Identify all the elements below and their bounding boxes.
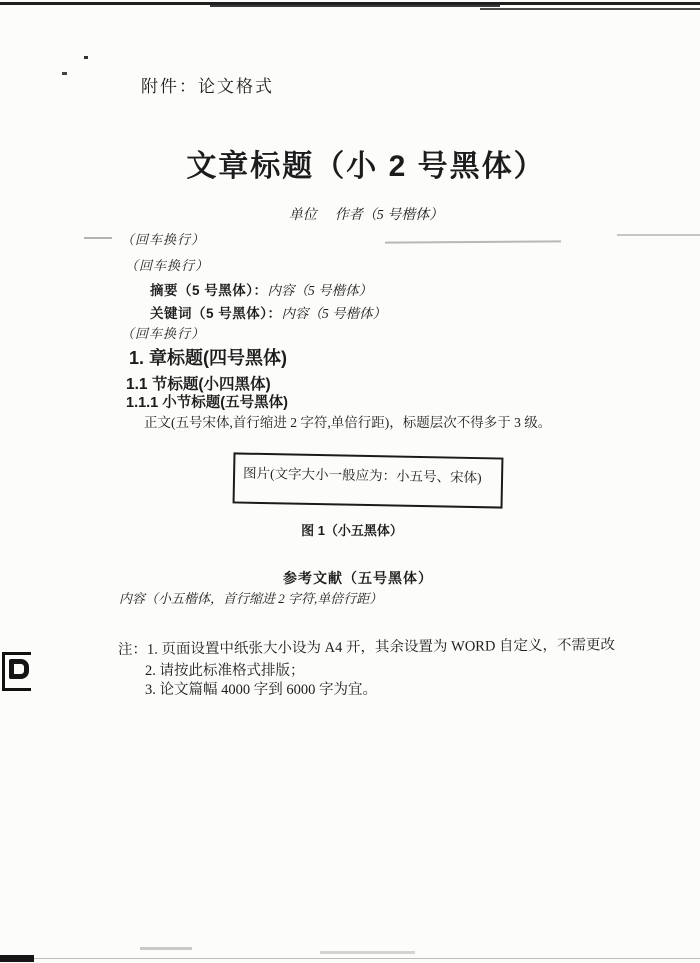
scan-smudge xyxy=(320,951,415,954)
body-text: 正文(五号宋体,首行缩进 2 字符,单倍行距)，标题层次不得多于 3 级。 xyxy=(144,411,551,431)
abstract-content: 内容（5 号楷体） xyxy=(268,283,373,298)
linebreak-marker: （回车换行） xyxy=(125,255,209,274)
article-title: 文章标题（小 2 号黑体） xyxy=(66,141,666,185)
note-item: 3. 论文篇幅 4000 字到 6000 字为宜。 xyxy=(145,678,377,699)
scan-smudge xyxy=(140,947,192,950)
chapter-heading: 1. 章标题(四号黑体) xyxy=(129,344,287,370)
abstract-label: 摘要（5 号黑体）： xyxy=(150,283,268,298)
figure-caption: 图 1（小五黑体） xyxy=(52,520,652,539)
subsection-heading: 1.1.1 小节标题(五号黑体) xyxy=(126,391,288,412)
linebreak-marker: （回车换行） xyxy=(121,323,205,342)
abstract-line: 摘要（5 号黑体）：内容（5 号楷体） xyxy=(150,279,372,299)
scanned-document-page: 附件：论文格式 文章标题（小 2 号黑体） 单位作者（5 号楷体） （回车换行）… xyxy=(0,0,700,963)
linebreak-marker: （回车换行） xyxy=(121,229,205,248)
figure-placeholder-box: 图片(文字大小一般应为：小五号、宋体) xyxy=(233,452,504,508)
keywords-content: 内容（5 号楷体） xyxy=(282,306,387,321)
keywords-label: 关键词（5 号黑体）： xyxy=(150,306,282,321)
scan-speck xyxy=(84,56,88,59)
scan-speck xyxy=(62,72,67,75)
references-content: 内容（小五楷体，首行缩进 2 字符,单倍行距） xyxy=(119,588,382,607)
byline: 单位作者（5 号楷体） xyxy=(66,204,666,224)
scan-artifact-line xyxy=(84,237,112,239)
byline-author: 作者（5 号楷体） xyxy=(335,208,444,223)
byline-unit: 单位 xyxy=(289,208,317,223)
references-heading: 参考文献（五号黑体） xyxy=(58,568,658,588)
note-item: 2. 请按此标准格式排版； xyxy=(145,659,305,680)
note-item: 1. 页面设置中纸张大小设为 A4 开，其余设置为 WORD 自定义，不需更改 xyxy=(147,637,615,657)
binder-hole-icon xyxy=(2,652,31,691)
note-line: 注：1. 页面设置中纸张大小设为 A4 开，其余设置为 WORD 自定义，不需更… xyxy=(118,633,615,659)
attachment-label: 附件：论文格式 xyxy=(141,72,274,97)
figure-box-text: 图片(文字大小一般应为：小五号、宋体) xyxy=(243,466,482,486)
scan-edge-top-line-2 xyxy=(210,5,500,7)
notes-label: 注： xyxy=(118,642,147,658)
scan-edge-bottom-mark xyxy=(0,955,34,962)
scan-edge-bottom-line xyxy=(0,958,700,959)
scan-artifact-line xyxy=(617,234,700,236)
keywords-line: 关键词（5 号黑体）：内容（5 号楷体） xyxy=(150,302,386,322)
scan-edge-top-line-3 xyxy=(480,8,700,10)
scan-artifact-line xyxy=(385,240,561,243)
binder-hole-inner-shape xyxy=(9,659,29,679)
